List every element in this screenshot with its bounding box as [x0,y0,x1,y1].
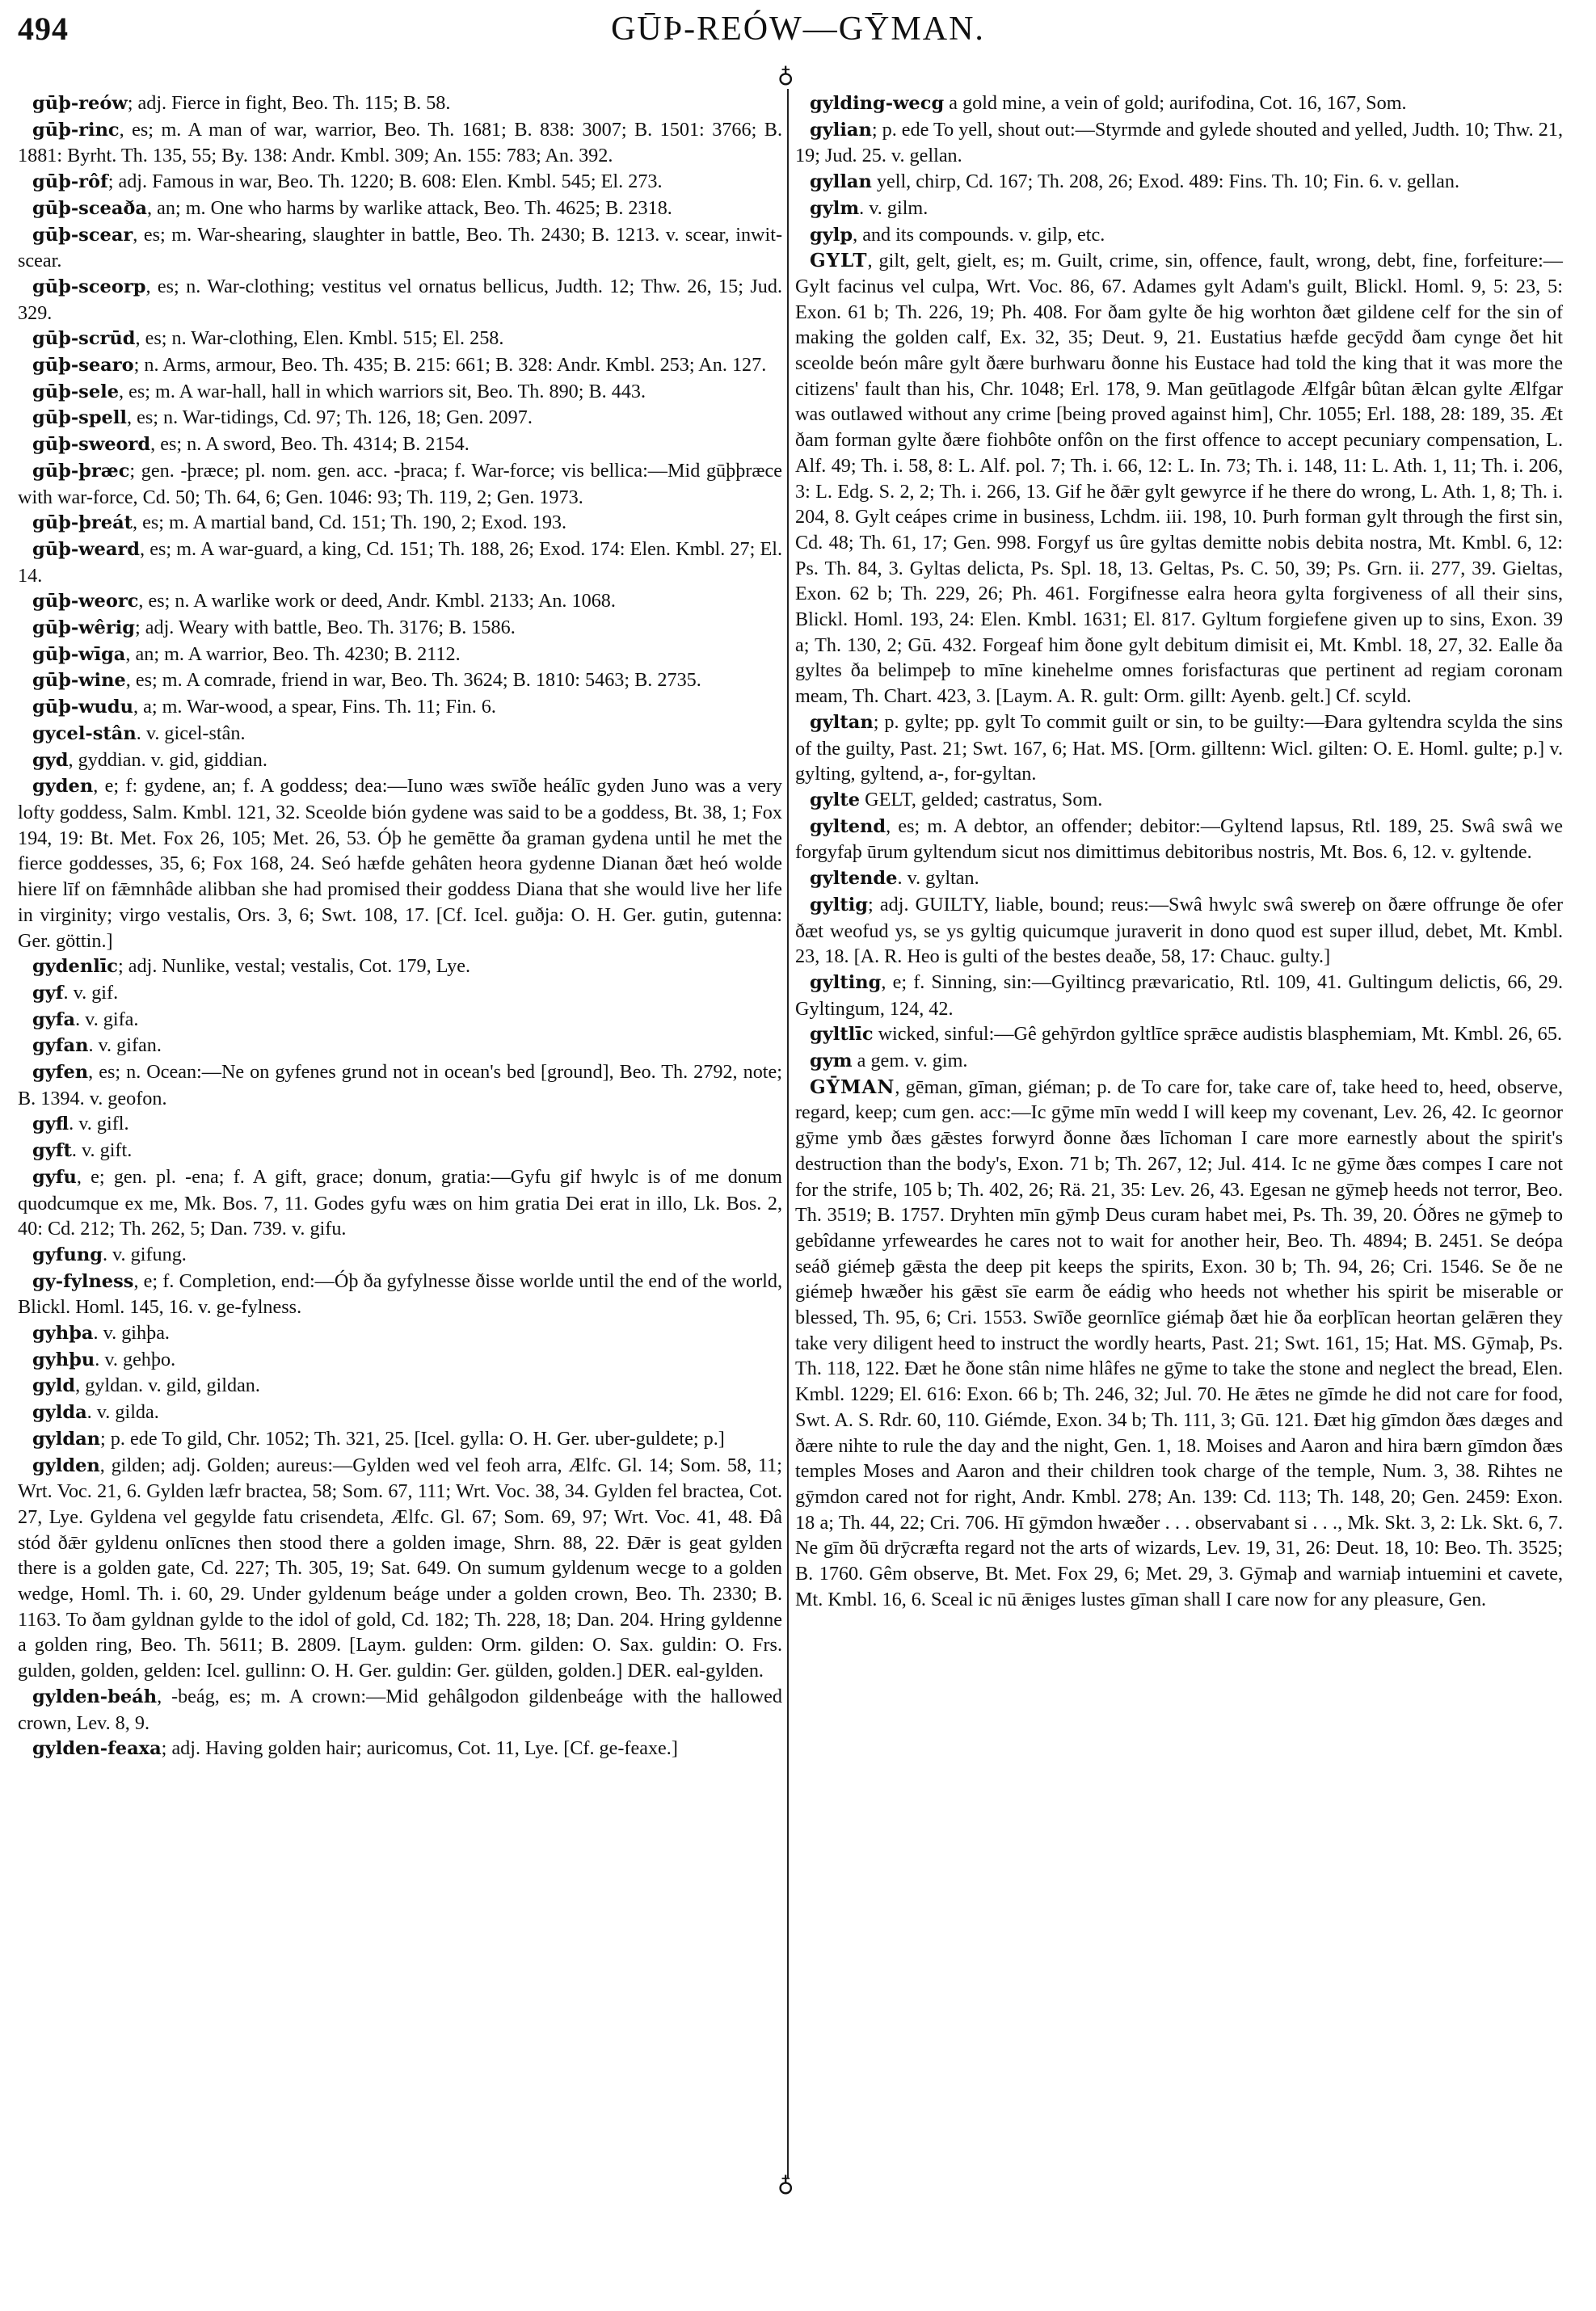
dictionary-entry: gūþ-weard, es; m. A war-guard, a king, C… [18,537,782,588]
headword: gyfa [32,1009,75,1030]
entry-definition: ; adj. Nunlike, vestal; vestalis, Cot. 1… [118,955,470,977]
dictionary-entry: gūþ-scear, es; m. War-shearing, slaughte… [18,222,782,274]
headword: gyltan [810,712,874,733]
entry-definition: , an; m. A warrior, Beo. Th. 4230; B. 21… [125,643,460,665]
entry-definition: , gilden; adj. Golden; aureus:—Gylden we… [18,1454,782,1682]
entry-definition: . v. gift. [72,1139,132,1161]
dictionary-entry: gyfen, es; n. Ocean:—Ne on gyfenes grund… [18,1059,782,1111]
ornament-top-icon: ♁ [777,65,794,87]
dictionary-entry: gyltend, es; m. A debtor, an offender; d… [795,814,1563,865]
headword: gylden-beáh [32,1686,157,1707]
entry-definition: . v. gyltan. [897,867,979,889]
headword: gym [810,1050,853,1071]
entry-definition: ; p. ede To yell, shout out:—Styrmde and… [795,119,1563,167]
dictionary-entry: gūþ-þræc; gen. -þræce; pl. nom. gen. acc… [18,458,782,510]
entry-definition: , es; n. A sword, Beo. Th. 4314; B. 2154… [150,433,470,455]
dictionary-entry: gyld, gyldan. v. gild, gildan. [18,1373,782,1400]
dictionary-entry: gyfan. v. gifan. [18,1033,782,1059]
left-column: gūþ-reów; adj. Fierce in fight, Beo. Th.… [18,91,782,1762]
entry-definition: a gem. v. gim. [853,1050,968,1071]
headword: gūþ-reów [32,93,128,114]
entry-definition: . v. gehþo. [95,1349,175,1370]
headword: gy-fylness [32,1271,133,1292]
dictionary-entry: gūþ-sceaða, an; m. One who harms by warl… [18,196,782,222]
dictionary-entry: gūþ-wêrig; adj. Weary with battle, Beo. … [18,615,782,642]
entry-definition: , es; m. A man of war, warrior, Beo. Th.… [18,119,782,167]
entry-definition: , and its compounds. v. gilp, etc. [853,224,1105,246]
headword: gylting [810,972,881,993]
headword: gylding-wecg [810,93,944,114]
headword: gūþ-sweord [32,434,150,455]
entry-definition: , es; m. A debtor, an offender; debitor:… [795,815,1563,864]
dictionary-entry: gūþ-sceorp, es; n. War-clothing; vestitu… [18,274,782,326]
headword: gycel-stân [32,723,137,744]
entry-definition: ; n. Arms, armour, Beo. Th. 435; B. 215:… [134,354,767,376]
dictionary-entry: gyd, gyddian. v. gid, giddian. [18,747,782,774]
entry-definition: GELT, gelded; castratus, Som. [860,789,1102,810]
headword: gūþ-weorc [32,591,138,612]
headword: gyltig [810,895,868,916]
headword: gūþ-sceaða [32,198,147,219]
entry-definition: , e; f: gydene, an; f. A goddess; dea:—I… [18,775,782,951]
dictionary-entry: gūþ-spell, es; n. War-tidings, Cd. 97; T… [18,405,782,431]
dictionary-entry: gūþ-sele, es; m. A war-hall, hall in whi… [18,379,782,406]
headword: gūþ-searo [32,355,134,376]
entry-definition: , es; m. A martial band, Cd. 151; Th. 19… [133,511,566,533]
headword: gūþ-rôf [32,171,108,192]
dictionary-entry: gyft. v. gift. [18,1138,782,1164]
dictionary-entry: gym a gem. v. gim. [795,1048,1563,1075]
entry-definition: , es; n. A warlike work or deed, Andr. K… [138,590,616,612]
headword: gyd [32,750,69,771]
entry-definition: , e; f. Sinning, sin:—Gyiltincg prævaric… [795,971,1563,1020]
headword: gyfan [32,1035,88,1056]
headword: gyltlīc [810,1024,874,1045]
headword: gūþ-scrūd [32,328,135,349]
headword: GȲMAN [810,1076,895,1098]
entry-definition: ; adj. Weary with battle, Beo. Th. 3176;… [135,617,516,638]
headword: gylm [810,198,859,219]
entry-definition: , a; m. War-wood, a spear, Fins. Th. 11;… [133,696,496,718]
dictionary-entry: gūþ-wīga, an; m. A warrior, Beo. Th. 423… [18,642,782,668]
headword: gūþ-spell [32,407,127,428]
dictionary-entry: gylden-beáh, -beág, es; m. A crown:—Mid … [18,1684,782,1736]
dictionary-entry: gy-fylness, e; f. Completion, end:—Óþ ða… [18,1269,782,1320]
headword: gyfl [32,1113,69,1134]
entry-definition: . v. gilda. [87,1401,159,1423]
headword: gyllan [810,171,872,192]
entry-definition: . v. gifan. [88,1034,161,1056]
headword: gyltend [810,816,886,837]
headword: gūþ-wine [32,670,126,691]
entry-definition: , es; m. A war-hall, hall in which warri… [119,381,646,402]
headword: gūþ-sele [32,381,119,402]
dictionary-entry: gūþ-rinc, es; m. A man of war, warrior, … [18,117,782,169]
dictionary-entry: gylm. v. gilm. [795,196,1563,222]
entry-definition: , es; n. War-tidings, Cd. 97; Th. 126, 1… [127,406,533,428]
dictionary-entry: gyltlīc wicked, sinful:—Gê gehȳrdon gylt… [795,1021,1563,1048]
dictionary-entry: gūþ-weorc, es; n. A warlike work or deed… [18,588,782,615]
column-divider [787,89,789,2178]
dictionary-entry: gylda. v. gilda. [18,1400,782,1426]
dictionary-entry: gūþ-sweord, es; n. A sword, Beo. Th. 431… [18,431,782,458]
entry-definition: ; adj. Having golden hair; auricomus, Co… [162,1737,678,1759]
entry-definition: , gēman, gīman, giéman; p. de To care fo… [795,1076,1563,1610]
headword: gyldan [32,1429,100,1450]
dictionary-entry: gūþ-searo; n. Arms, armour, Beo. Th. 435… [18,352,782,379]
dictionary-entry: gylian; p. ede To yell, shout out:—Styrm… [795,117,1563,169]
dictionary-entry: gyltig; adj. GUILTY, liable, bound; reus… [795,892,1563,970]
page-header: 494 GŪÞ-REÓW—GȲMAN. [0,6,1596,55]
headword: gūþ-þreát [32,512,133,533]
headword: gūþ-scear [32,225,133,246]
headword: gyfung [32,1244,103,1265]
entry-definition: , gilt, gelt, gielt, es; m. Guilt, crime… [795,250,1563,707]
headword: gylden [32,1455,100,1476]
dictionary-entry: gyhþa. v. gihþa. [18,1320,782,1347]
headword: gūþ-wīga [32,644,125,665]
entry-definition: , es; n. Ocean:—Ne on gyfenes grund not … [18,1061,782,1109]
headword: gūþ-weard [32,539,140,560]
dictionary-entry: gyden, e; f: gydene, an; f. A goddess; d… [18,773,782,953]
headword: gyf [32,983,64,1004]
entry-definition: . v. gif. [64,982,119,1004]
entry-definition: , es; m. A comrade, friend in war, Beo. … [126,669,701,691]
headword: gylp [810,225,853,246]
dictionary-entry: gyldan; p. ede To gild, Chr. 1052; Th. 3… [18,1426,782,1453]
dictionary-entry: gylden, gilden; adj. Golden; aureus:—Gyl… [18,1453,782,1684]
dictionary-entry: gūþ-wudu, a; m. War-wood, a spear, Fins.… [18,694,782,721]
dictionary-entry: gyf. v. gif. [18,980,782,1007]
headword: gyhþa [32,1323,93,1344]
entry-definition: ; adj. GUILTY, liable, bound; reus:—Swâ … [795,894,1563,967]
headword: gyld [32,1375,75,1396]
entry-definition: ; adj. Fierce in fight, Beo. Th. 115; B.… [128,92,451,114]
headword: gylian [810,120,872,141]
dictionary-entry: gylden-feaxa; adj. Having golden hair; a… [18,1736,782,1762]
entry-definition: , e; gen. pl. -ena; f. A gift, grace; do… [18,1166,782,1240]
entry-definition: . v. gicel-stân. [137,722,246,744]
dictionary-entry: gylding-wecg a gold mine, a vein of gold… [795,91,1563,117]
entry-definition: , gyddian. v. gid, giddian. [69,749,267,771]
entry-definition: , an; m. One who harms by warlike attack… [147,197,672,219]
headword: gyfu [32,1167,77,1188]
dictionary-entry: gyhþu. v. gehþo. [18,1347,782,1374]
entry-definition: . v. gihþa. [93,1322,170,1344]
headword: gyden [32,776,93,797]
dictionary-entry: gūþ-wine, es; m. A comrade, friend in wa… [18,667,782,694]
headword: gūþ-wudu [32,697,133,718]
dictionary-entry: gyfl. v. gifl. [18,1111,782,1138]
headword: gyhþu [32,1349,95,1370]
entry-definition: . v. gifung. [103,1244,187,1265]
dictionary-entry: gylting, e; f. Sinning, sin:—Gyiltincg p… [795,970,1563,1021]
dictionary-entry: gyfu, e; gen. pl. -ena; f. A gift, grace… [18,1164,782,1242]
headword: gylden-feaxa [32,1738,162,1759]
dictionary-entry: GȲMAN, gēman, gīman, giéman; p. de To ca… [795,1075,1563,1613]
ornament-bottom-icon: ♁ [777,2174,794,2196]
dictionary-entry: gūþ-þreát, es; m. A martial band, Cd. 15… [18,510,782,537]
entry-definition: ; p. ede To gild, Chr. 1052; Th. 321, 25… [100,1428,725,1450]
headword: gūþ-wêrig [32,617,135,638]
entry-definition: yell, chirp, Cd. 167; Th. 208, 26; Exod.… [872,170,1459,192]
entry-definition: . v. gilm. [859,197,928,219]
right-column: gylding-wecg a gold mine, a vein of gold… [795,91,1563,1612]
dictionary-entry: gyllan yell, chirp, Cd. 167; Th. 208, 26… [795,169,1563,196]
entry-definition: ; adj. Famous in war, Beo. Th. 1220; B. … [108,170,663,192]
dictionary-entry: gycel-stân. v. gicel-stân. [18,721,782,747]
dictionary-entry: gydenlīc; adj. Nunlike, vestal; vestalis… [18,953,782,980]
entry-definition: a gold mine, a vein of gold; aurifodina,… [944,92,1406,114]
entry-definition: ; p. gylte; pp. gylt To commit guilt or … [795,711,1563,785]
entry-definition: wicked, sinful:—Gê gehȳrdon gyltlīce spr… [874,1023,1562,1045]
headword: gūþ-þræc [32,461,129,482]
dictionary-entry: gyfung. v. gifung. [18,1242,782,1269]
headword: gylte [810,789,860,810]
dictionary-entry: gylte GELT, gelded; castratus, Som. [795,787,1563,814]
headword: gydenlīc [32,956,118,977]
dictionary-entry: gylp, and its compounds. v. gilp, etc. [795,222,1563,249]
dictionary-entry: gūþ-scrūd, es; n. War-clothing, Elen. Km… [18,326,782,352]
dictionary-entry: gyltende. v. gyltan. [795,865,1563,892]
headword: gyfen [32,1062,88,1083]
entry-definition: ; gen. -þræce; pl. nom. gen. acc. -þraca… [18,460,782,508]
dictionary-entry: GYLT, gilt, gelt, gielt, es; m. Guilt, c… [795,248,1563,709]
headword: GYLT [810,250,867,272]
entry-definition: . v. gifa. [75,1008,138,1030]
dictionary-entry: gyfa. v. gifa. [18,1007,782,1033]
dictionary-entry: gūþ-reów; adj. Fierce in fight, Beo. Th.… [18,91,782,117]
entry-definition: , gyldan. v. gild, gildan. [75,1374,260,1396]
dictionary-entry: gūþ-rôf; adj. Famous in war, Beo. Th. 12… [18,169,782,196]
headword: gyft [32,1140,72,1161]
headword: gyltende [810,868,897,889]
headword: gūþ-rinc [32,120,120,141]
entry-definition: . v. gifl. [69,1113,128,1134]
running-head: GŪÞ-REÓW—GȲMAN. [0,10,1596,48]
dictionary-entry: gyltan; p. gylte; pp. gylt To commit gui… [795,709,1563,787]
headword: gylda [32,1402,87,1423]
entry-definition: , es; n. War-clothing, Elen. Kmbl. 515; … [135,327,503,349]
headword: gūþ-sceorp [32,276,145,297]
entry-definition: , es; m. War-shearing, slaughter in batt… [18,224,782,272]
